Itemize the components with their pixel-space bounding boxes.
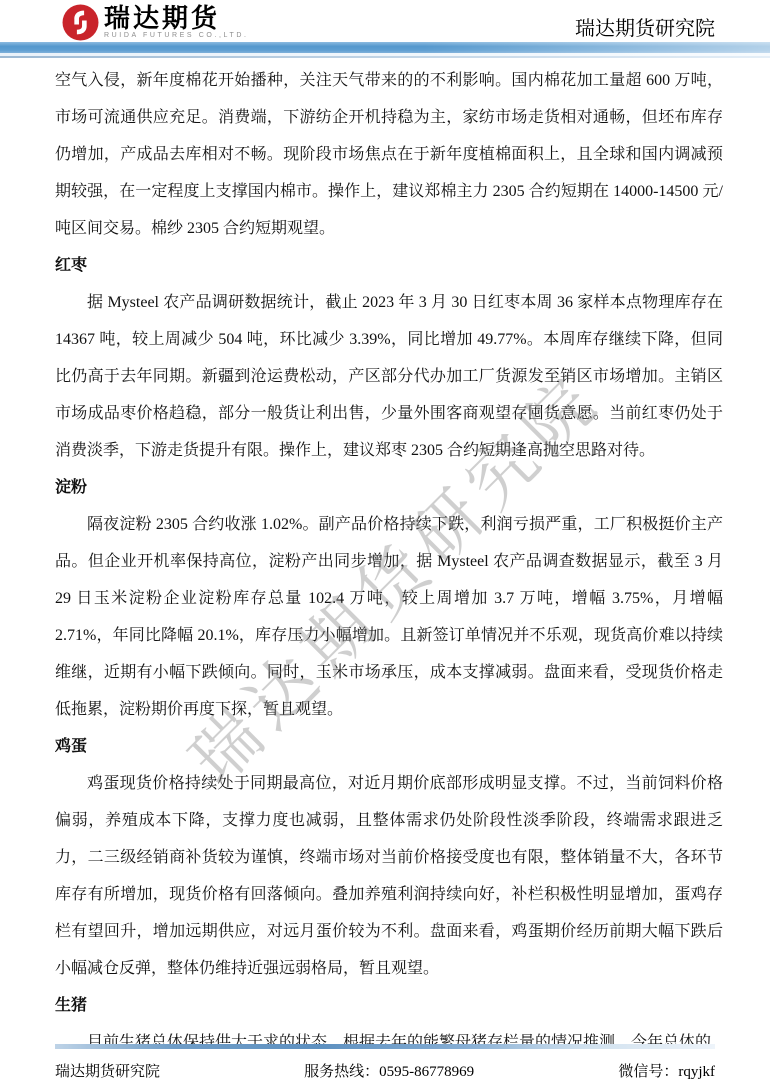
page-header: 瑞达期货 RUIDA FUTURES CO.,LTD. 瑞达期货研究院 bbox=[0, 0, 770, 42]
paragraph-red-dates: 据 Mysteel 农产品调研数据统计，截止 2023 年 3 月 30 日红枣… bbox=[55, 284, 723, 469]
brand-name: 瑞达期货 bbox=[104, 5, 249, 32]
footer-divider-bar bbox=[55, 1044, 715, 1049]
heading-red-dates: 红枣 bbox=[55, 247, 723, 284]
header-divider-bar bbox=[0, 42, 770, 53]
heading-starch: 淀粉 bbox=[55, 469, 723, 506]
ruida-logo-icon bbox=[62, 4, 99, 41]
header-title: 瑞达期货研究院 bbox=[575, 17, 715, 41]
brand-subtitle: RUIDA FUTURES CO.,LTD. bbox=[104, 32, 249, 40]
footer-hotline: 服务热线：0595-86778969 bbox=[304, 1062, 474, 1082]
brand-logo: 瑞达期货 RUIDA FUTURES CO.,LTD. bbox=[62, 4, 249, 41]
heading-eggs: 鸡蛋 bbox=[55, 728, 723, 765]
heading-hogs: 生猪 bbox=[55, 987, 723, 1024]
paragraph-eggs: 鸡蛋现货价格持续处于同期最高位，对近月期价底部形成明显支撑。不过，当前饲料价格偏… bbox=[55, 765, 723, 987]
paragraph-starch: 隔夜淀粉 2305 合约收涨 1.02%。副产品价格持续下跌，利润亏损严重，工厂… bbox=[55, 506, 723, 728]
report-page: 瑞达期货 RUIDA FUTURES CO.,LTD. 瑞达期货研究院 瑞达期货… bbox=[0, 0, 770, 1090]
footer-institute: 瑞达期货研究院 bbox=[55, 1062, 160, 1082]
page-footer: 瑞达期货研究院 服务热线：0595-86778969 微信号：rqyjkf bbox=[55, 1044, 715, 1082]
report-body: 空气入侵，新年度棉花开始播种，关注天气带来的的不利影响。国内棉花加工量超 600… bbox=[0, 58, 770, 1061]
footer-wechat: 微信号：rqyjkf bbox=[618, 1062, 715, 1082]
paragraph-cotton-continuation: 空气入侵，新年度棉花开始播种，关注天气带来的的不利影响。国内棉花加工量超 600… bbox=[55, 62, 723, 247]
